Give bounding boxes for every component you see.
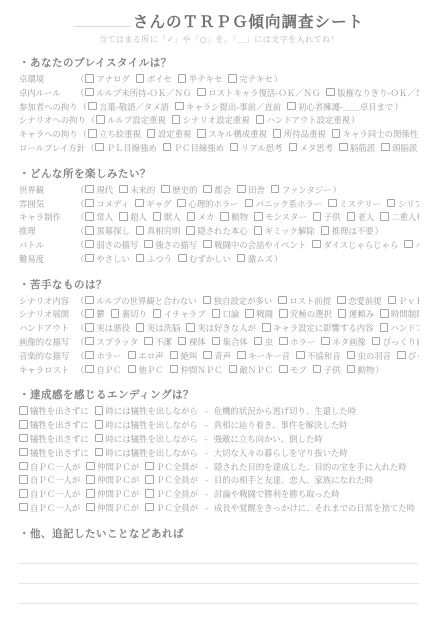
checkbox-option[interactable]: 頭脳派 xyxy=(381,143,417,153)
checkbox-icon xyxy=(85,365,94,374)
option-group: （スプラッタ不潔裸体集合体虫ホラーネタ画像びっくり画像） xyxy=(75,336,419,350)
ending-description: 強敵に立ち向かい、倒した時 xyxy=(214,433,323,447)
checkbox-icon xyxy=(254,226,263,235)
survey-row: 卓環境（アナログボイセ半テキセ完テキセ） xyxy=(19,73,419,87)
checkbox-option[interactable]: 仲間ＰＣが xyxy=(86,489,139,499)
checkbox-option[interactable]: ホラー xyxy=(85,351,121,361)
checkbox-option[interactable]: 設定重視 xyxy=(147,129,192,139)
checkbox-icon xyxy=(197,129,206,138)
checkbox-icon xyxy=(128,365,137,374)
checkbox-icon xyxy=(321,226,330,235)
checkbox-icon xyxy=(404,240,413,249)
option-label: 自ＰＣ一人が xyxy=(30,475,80,485)
option-label: 仲間ＰＣが xyxy=(97,475,139,485)
checkbox-option[interactable]: 時には犠牲を出しながら xyxy=(95,406,198,416)
option-label: 虫の羽音 xyxy=(358,351,392,361)
ending-row: 自ＰＣ一人が仲間ＰＣがＰＣ全員が-成長や覚醒をきっかけに、それまでの日常を捨てた… xyxy=(19,502,419,516)
paren: ） xyxy=(274,74,282,84)
checkbox-option[interactable]: 実は洗脳 xyxy=(136,323,181,333)
checkbox-option[interactable]: 獣人 xyxy=(153,212,181,222)
checkbox-option[interactable]: 子供 xyxy=(313,365,341,375)
option-label: 自ＰＣ一人が xyxy=(30,462,80,472)
survey-row: ハンドアウト（実は悪役実は洗脳実は好きな人がキャラ設定に影響する内容ハンドアウト… xyxy=(19,322,419,336)
checkbox-option[interactable]: 完テキセ xyxy=(228,74,273,84)
checkbox-option[interactable]: 都会 xyxy=(203,185,231,195)
checkbox-option[interactable]: むずかしい xyxy=(178,254,231,264)
checkbox-icon xyxy=(88,102,97,111)
checkbox-option[interactable]: キャラ設定に影響する内容 xyxy=(262,323,374,333)
checkbox-option[interactable]: モブ xyxy=(279,365,307,375)
checkbox-option[interactable]: 独自設定が多い xyxy=(203,296,273,306)
paren: （ xyxy=(86,143,94,153)
option-label: 裏切り xyxy=(122,309,147,319)
checkbox-option[interactable]: 版権なりきり-ＯＫ／ＮＧ xyxy=(326,88,419,98)
checkbox-option[interactable]: 強さの描写 xyxy=(144,240,197,250)
option-label: 時には犠牲を出しながら xyxy=(106,434,198,444)
checkbox-option[interactable]: 鬱 xyxy=(85,309,104,319)
checkbox-option[interactable]: 運頼み xyxy=(338,309,374,319)
survey-row: 画像的な描写（スプラッタ不潔裸体集合体虫ホラーネタ画像びっくり画像） xyxy=(19,336,419,350)
checkbox-option[interactable]: ギミック解除 xyxy=(254,226,315,236)
checkbox-option[interactable]: 未来的 xyxy=(119,185,155,195)
endings-rows: 犠牲を出さずに時には犠牲を出しながら-危機的状況から逃げ切り、生還した時犠牲を出… xyxy=(19,405,419,515)
checkbox-option[interactable]: 時には犠牲を出しながら xyxy=(95,420,198,430)
option-label: 黒幕探し xyxy=(96,226,130,236)
checkbox-option[interactable]: 仲間ＰＣが xyxy=(86,503,139,513)
checkbox-option[interactable]: ＰＣ全員が xyxy=(145,503,198,513)
checkbox-option[interactable]: 究極の選択 xyxy=(279,309,332,319)
checkbox-option[interactable]: ロスト前提 xyxy=(278,296,331,306)
checkbox-icon xyxy=(85,226,94,235)
option-label: 都会 xyxy=(214,185,231,195)
option-label: びっくり効果音 xyxy=(408,351,419,361)
checkbox-option[interactable]: 戦闘中の会話やイベント xyxy=(203,240,306,250)
option-label: やさしい xyxy=(96,254,130,264)
checkbox-option[interactable]: メタ思考 xyxy=(289,143,334,153)
ending-description: 目的の相手と友達、恋人、家族になれた時 xyxy=(214,474,373,488)
checkbox-icon xyxy=(279,309,288,318)
checkbox-option[interactable]: パニック系ホラー xyxy=(245,199,323,209)
checkbox-option[interactable]: ＰＣ全員が xyxy=(145,489,198,499)
checkbox-option[interactable]: ダイスじゃらじゃら xyxy=(312,240,398,250)
checkbox-option[interactable]: 犠牲を出さずに xyxy=(19,420,89,430)
checkbox-option[interactable]: ＰＣ全員が xyxy=(145,475,198,485)
checkbox-icon xyxy=(96,115,105,124)
checkbox-option[interactable]: 仲間ＰＣが xyxy=(86,475,139,485)
checkbox-option[interactable]: 自ＰＣ一人が xyxy=(19,503,80,513)
option-label: 子供 xyxy=(324,365,341,375)
checkbox-option[interactable]: 不協和音 xyxy=(296,351,341,361)
section-enjoyment: ・どんな所を楽しみたい？ 世界観（現代未来的歴史的都会田舎ファンタジー）雰囲気（… xyxy=(19,166,419,267)
checkbox-option[interactable]: 恋愛前提 xyxy=(337,296,382,306)
checkbox-option[interactable]: 戦闘 xyxy=(245,309,273,319)
sheet-instructions: 当てはまる所に「✓」や「○」を。「＿」には文字を入れてね！ xyxy=(19,34,419,45)
checkbox-option[interactable]: キーキー音 xyxy=(237,351,290,361)
paren: （ xyxy=(87,115,95,125)
checkbox-icon xyxy=(19,448,28,457)
option-label: 究極の選択 xyxy=(290,309,332,319)
checkbox-icon xyxy=(19,434,28,443)
checkbox-icon xyxy=(254,212,263,221)
checkbox-option[interactable]: エロ声 xyxy=(128,351,164,361)
option-label: ルルブ未所持-ＯＫ／ＮＧ xyxy=(96,88,191,98)
checkbox-option[interactable]: 犠牲を出さずに xyxy=(19,406,89,416)
checkbox-option[interactable]: びっくり効果音 xyxy=(397,351,419,361)
option-label: 実は悪役 xyxy=(96,323,130,333)
checkbox-icon xyxy=(313,212,322,221)
survey-row: シナリオへの拘り（ルルブ設定重視シナリオ設定重視ハンドアウト設定重視） xyxy=(19,114,419,128)
separator-dash: - xyxy=(205,474,208,488)
checkbox-icon xyxy=(197,88,206,97)
checkbox-option[interactable]: ネタ画像 xyxy=(321,337,366,347)
checkbox-option[interactable]: 仲間ＰＣが xyxy=(86,462,139,472)
checkbox-option[interactable]: 自ＰＣ一人が xyxy=(19,462,80,472)
paren: （ xyxy=(76,88,84,98)
checkbox-option[interactable]: 自ＰＣ xyxy=(85,365,121,375)
checkbox-option[interactable]: 初心者擁護-＿＿卓目まで xyxy=(287,102,393,112)
checkbox-icon xyxy=(279,365,288,374)
checkbox-option[interactable]: 歴史的 xyxy=(161,185,197,195)
option-label: ロスト前提 xyxy=(289,296,331,306)
option-group: （弱さの描写強さの描写戦闘中の会話やイベントダイスじゃらじゃらバトルは不要） xyxy=(75,239,419,253)
checkbox-option[interactable]: 動物 xyxy=(347,365,375,375)
option-label: 鬱 xyxy=(96,309,104,319)
checkbox-option[interactable]: ミステリー xyxy=(328,199,381,209)
checkbox-icon xyxy=(19,406,28,415)
option-group: （言葉-敬語／タメ語キャラシ提出-事前／直前初心者擁護-＿＿卓目まで） xyxy=(78,101,404,115)
survey-row: シナリオ展開（鬱裏切りイチャラブ口論戦闘究極の選択運頼み時間制限） xyxy=(19,308,419,322)
option-label: ダイスじゃらじゃら xyxy=(323,240,398,250)
option-label: 自ＰＣ一人が xyxy=(30,489,80,499)
checkbox-option[interactable]: 半テキセ xyxy=(178,74,223,84)
option-label: 時には犠牲を出しながら xyxy=(106,420,198,430)
paren: （ xyxy=(76,323,84,333)
option-group: 犠牲を出さずに時には犠牲を出しながら xyxy=(19,433,198,447)
option-label: 実は好きな人が xyxy=(197,323,256,333)
checkbox-option[interactable]: びっくり画像 xyxy=(372,337,419,347)
checkbox-option[interactable]: スキル構成重視 xyxy=(197,129,267,139)
checkbox-option[interactable]: 時には犠牲を出しながら xyxy=(95,448,198,458)
option-group: （鬱裏切りイチャラブ口論戦闘究極の選択運頼み時間制限） xyxy=(75,308,419,322)
checkbox-option[interactable]: 他ＰＣ xyxy=(128,365,164,375)
checkbox-option[interactable]: イチャラブ xyxy=(153,309,206,319)
paren: （ xyxy=(76,296,84,306)
option-label: 裸体 xyxy=(189,337,206,347)
option-label: ルルブの世界観と合わない xyxy=(96,296,196,306)
checkbox-option[interactable]: 自ＰＣ一人が xyxy=(19,489,80,499)
checkbox-option[interactable]: 不潔 xyxy=(144,337,172,347)
option-label: 超人 xyxy=(130,212,147,222)
checkbox-option[interactable]: コメディ xyxy=(85,199,129,209)
checkbox-option[interactable]: 激ムズ xyxy=(237,254,273,264)
checkbox-icon xyxy=(229,365,238,374)
option-label: 未来的 xyxy=(130,185,155,195)
trpg-survey-sheet: さんのＴＲＰＧ傾向調査シート 当てはまる所に「✓」や「○」を。「＿」には文字を入… xyxy=(0,0,438,604)
checkbox-option[interactable]: 動物 xyxy=(220,212,248,222)
checkbox-icon xyxy=(380,323,389,332)
checkbox-icon xyxy=(347,351,356,360)
section-heading-endings: ・達成感を感じるエンディングは？ xyxy=(19,387,419,402)
checkbox-icon xyxy=(85,309,94,318)
write-in-line[interactable] xyxy=(19,544,419,564)
row-label: 音楽的な描写 xyxy=(19,350,75,364)
checkbox-option[interactable]: やさしい xyxy=(85,254,130,264)
checkbox-option[interactable]: 敵ＮＰＣ xyxy=(229,365,274,375)
checkbox-option[interactable]: ホラー xyxy=(279,337,315,347)
option-label: 仲間ＰＣが xyxy=(97,503,139,513)
checkbox-option[interactable]: 時には犠牲を出しながら xyxy=(95,434,198,444)
ending-row: 自ＰＣ一人が仲間ＰＣがＰＣ全員が-隠された目的を達成した、目的の宝を手に入れた時 xyxy=(19,461,419,475)
option-label: 時には犠牲を出しながら xyxy=(106,406,198,416)
checkbox-option[interactable]: ＰＣ目線強め xyxy=(163,143,224,153)
checkbox-option[interactable]: 現代 xyxy=(85,185,113,195)
checkbox-icon xyxy=(161,185,170,194)
checkbox-option[interactable]: ルルブ設定重視 xyxy=(96,115,165,125)
checkbox-icon xyxy=(271,185,280,194)
option-group: （実は悪役実は洗脳実は好きな人がキャラ設定に影響する内容ハンドアウト自体が） xyxy=(75,322,419,336)
section-dislikes: ・苦手なものは？ シナリオ内容（ルルブの世界観と合わない独自設定が多いロスト前提… xyxy=(19,277,419,378)
paren: （ xyxy=(79,102,87,112)
paren: （ xyxy=(76,337,84,347)
checkbox-icon xyxy=(85,199,94,208)
checkbox-option[interactable]: 弱さの描写 xyxy=(85,240,138,250)
checkbox-option[interactable]: 犠牲を出さずに xyxy=(19,448,89,458)
checkbox-option[interactable]: ロストキャラ復活-ＯＫ／ＮＧ xyxy=(197,88,320,98)
option-group: 自ＰＣ一人が仲間ＰＣがＰＣ全員が xyxy=(19,474,198,488)
checkbox-option[interactable]: 老人 xyxy=(347,212,375,222)
checkbox-option[interactable]: 超人 xyxy=(119,212,147,222)
option-group: 自ＰＣ一人が仲間ＰＣがＰＣ全員が xyxy=(19,488,198,502)
checkbox-icon xyxy=(145,489,154,498)
checkbox-option[interactable]: 実は好きな人が xyxy=(186,323,256,333)
enjoyment-rows: 世界観（現代未来的歴史的都会田舎ファンタジー）雰囲気（コメディギャグ心理的ホラー… xyxy=(19,184,419,267)
option-label: ＰＬ目線強め xyxy=(106,143,156,153)
option-group: （やさしいふつうむずかしい激ムズ） xyxy=(75,253,283,267)
checkbox-icon xyxy=(380,212,389,221)
option-label: 時には犠牲を出しながら xyxy=(106,448,198,458)
option-label: 心理的ホラー xyxy=(188,199,238,209)
survey-row: 参加者への拘り（言葉-敬語／タメ語キャラシ提出-事前／直前初心者擁護-＿＿卓目ま… xyxy=(19,101,419,115)
paren: （ xyxy=(76,74,84,84)
option-label: 歴史的 xyxy=(172,185,197,195)
separator-dash: - xyxy=(205,447,208,461)
checkbox-option[interactable]: ギャグ xyxy=(135,199,171,209)
checkbox-option[interactable]: ＰＣ全員が xyxy=(145,462,198,472)
ending-row: 犠牲を出さずに時には犠牲を出しながら-強敵に立ち向かい、倒した時 xyxy=(19,433,419,447)
row-label: シナリオ内容 xyxy=(19,295,75,309)
checkbox-icon xyxy=(85,323,94,332)
row-label: 雰囲気 xyxy=(19,198,75,212)
checkbox-icon xyxy=(175,102,184,111)
checkbox-option[interactable]: 裏切り xyxy=(111,309,147,319)
option-group: （自ＰＣ他ＰＣ仲間ＮＰＣ敵ＮＰＣモブ子供動物） xyxy=(75,364,385,378)
checkbox-option[interactable]: 裸体 xyxy=(178,337,206,347)
ending-description: 隠された目的を達成した、目的の宝を手に入れた時 xyxy=(214,461,407,475)
checkbox-option[interactable]: 口論 xyxy=(212,309,240,319)
write-in-line[interactable] xyxy=(19,584,419,604)
row-label: 推理 xyxy=(19,225,75,239)
checkbox-option[interactable]: 脳筋派 xyxy=(339,143,375,153)
ending-row: 自ＰＣ一人が仲間ＰＣがＰＣ全員が-討論や戦闘で勝利を勝ち取った時 xyxy=(19,488,419,502)
row-label: 世界観 xyxy=(19,184,75,198)
option-label: バトルは不要 xyxy=(415,240,419,250)
option-label: 戦闘中の会話やイベント xyxy=(214,240,306,250)
paren: ） xyxy=(375,365,383,375)
ending-description: 真相に辿り着き、事件を解決した時 xyxy=(214,419,348,433)
checkbox-icon xyxy=(279,337,288,346)
checkbox-option[interactable]: ＰＬ目線強め xyxy=(95,143,156,153)
checkbox-icon xyxy=(163,143,172,152)
checkbox-option[interactable]: シリアス xyxy=(387,199,419,209)
separator-dash: - xyxy=(205,419,208,433)
checkbox-option[interactable]: ＰｖＰ前提 xyxy=(388,296,419,306)
checkbox-icon xyxy=(254,337,263,346)
checkbox-icon xyxy=(237,185,246,194)
paren: ） xyxy=(333,185,341,195)
option-group: （現代未来的歴史的都会田舎ファンタジー） xyxy=(75,184,342,198)
option-group: （ホラーエロ声絶叫奇声キーキー音不協和音虫の羽音びっくり効果音） xyxy=(75,350,419,364)
option-group: （ルルブ未所持-ＯＫ／ＮＧロストキャラ復活-ＯＫ／ＮＧ版権なりきり-ＯＫ／ＮＧ） xyxy=(75,87,419,101)
checkbox-icon xyxy=(85,212,94,221)
checkbox-option[interactable]: ファンタジー xyxy=(271,185,332,195)
checkbox-icon xyxy=(86,503,95,512)
checkbox-icon xyxy=(186,226,195,235)
checkbox-option[interactable]: ルルブ未所持-ＯＫ／ＮＧ xyxy=(85,88,191,98)
checkbox-icon xyxy=(135,199,144,208)
option-label: 犠牲を出さずに xyxy=(30,448,89,458)
option-label: 初心者擁護-＿＿卓目まで xyxy=(298,102,393,112)
option-label: 動物 xyxy=(231,212,248,222)
option-label: 強さの描写 xyxy=(155,240,197,250)
checkbox-option[interactable]: 自ＰＣ一人が xyxy=(19,475,80,485)
checkbox-option[interactable]: シナリオ設定重視 xyxy=(172,115,250,125)
option-label: 弱さの描写 xyxy=(96,240,138,250)
checkbox-option[interactable]: アナログ xyxy=(85,74,130,84)
option-label: 立ち絵重視 xyxy=(99,129,141,139)
option-group: （ルルブ設定重視シナリオ設定重視ハンドアウト設定重視） xyxy=(86,114,361,128)
checkbox-option[interactable]: リアル思考 xyxy=(230,143,283,153)
write-in-line[interactable] xyxy=(19,564,419,584)
option-label: 獣人 xyxy=(164,212,181,222)
checkbox-icon xyxy=(186,323,195,332)
checkbox-icon xyxy=(230,143,239,152)
ending-description: 危機的状況から逃げ切り、生還した時 xyxy=(214,405,356,419)
checkbox-option[interactable]: 子供 xyxy=(313,212,341,222)
checkbox-option[interactable]: 仲間ＮＰＣ xyxy=(170,365,223,375)
paren: （ xyxy=(79,129,87,139)
dislikes-rows: シナリオ内容（ルルブの世界観と合わない独自設定が多いロスト前提恋愛前提ＰｖＰ前提… xyxy=(19,295,419,378)
checkbox-option[interactable]: メカ xyxy=(187,212,215,222)
option-group: 犠牲を出さずに時には犠牲を出しながら xyxy=(19,447,198,461)
option-label: 恋愛前提 xyxy=(348,296,382,306)
option-label: ネタ画像 xyxy=(332,337,366,347)
option-label: 口論 xyxy=(223,309,240,319)
name-field[interactable] xyxy=(74,13,130,27)
checkbox-option[interactable]: スプラッタ xyxy=(85,337,138,347)
checkbox-icon xyxy=(178,337,187,346)
option-group: （立ち絵重視設定重視スキル構成重視所持品重視キャラ同士の関係性重視） xyxy=(78,128,419,142)
option-label: 所持品重視 xyxy=(284,129,326,139)
checkbox-icon xyxy=(95,448,104,457)
checkbox-option[interactable]: ふつう xyxy=(136,254,172,264)
option-label: 老人 xyxy=(358,212,375,222)
option-label: ハンドアウト自体が xyxy=(391,323,420,333)
option-label: 仲間ＰＣが xyxy=(97,489,139,499)
option-label: ＰＣ全員が xyxy=(156,462,198,472)
checkbox-option[interactable]: 言葉-敬語／タメ語 xyxy=(88,102,169,112)
checkbox-icon xyxy=(19,420,28,429)
checkbox-icon xyxy=(85,337,94,346)
checkbox-option[interactable]: 犠牲を出さずに xyxy=(19,434,89,444)
option-label: 犠牲を出さずに xyxy=(30,434,89,444)
checkbox-icon xyxy=(397,351,406,360)
checkbox-option[interactable]: 立ち絵重視 xyxy=(88,129,141,139)
checkbox-option[interactable]: 推理は不要 xyxy=(321,226,374,236)
checkbox-option[interactable]: 絶叫 xyxy=(170,351,198,361)
checkbox-option[interactable]: 集合体 xyxy=(212,337,248,347)
checkbox-icon xyxy=(153,309,162,318)
checkbox-option[interactable]: 常人 xyxy=(85,212,113,222)
checkbox-option[interactable]: 田舎 xyxy=(237,185,265,195)
checkbox-option[interactable]: 時間制限 xyxy=(380,309,419,319)
checkbox-option[interactable]: 虫の羽音 xyxy=(347,351,392,361)
option-label: モンスター xyxy=(265,212,307,222)
option-label: コメディ xyxy=(96,199,129,209)
option-label: ミステリー xyxy=(339,199,381,209)
checkbox-option[interactable]: 所持品重視 xyxy=(273,129,326,139)
row-label: キャラ制作 xyxy=(19,211,75,225)
checkbox-option[interactable]: 真相究明 xyxy=(136,226,181,236)
checkbox-icon xyxy=(136,254,145,263)
checkbox-option[interactable]: 虫 xyxy=(254,337,273,347)
checkbox-icon xyxy=(85,185,94,194)
option-label: キャラ設定に影響する内容 xyxy=(273,323,374,333)
checkbox-option[interactable]: ハンドアウト設定重視 xyxy=(256,115,351,125)
checkbox-option[interactable]: 黒幕探し xyxy=(85,226,130,236)
checkbox-option[interactable]: キャラシ提出-事前／直前 xyxy=(175,102,281,112)
option-label: 自ＰＣ一人が xyxy=(30,503,80,513)
option-label: ファンタジー xyxy=(282,185,332,195)
title-line: さんのＴＲＰＧ傾向調査シート xyxy=(19,13,419,32)
checkbox-option[interactable]: ハンドアウト自体が xyxy=(380,323,420,333)
checkbox-icon xyxy=(203,185,212,194)
row-label: 難易度 xyxy=(19,253,75,267)
checkbox-option[interactable]: ルルブの世界観と合わない xyxy=(85,296,196,306)
playstyle-rows: 卓環境（アナログボイセ半テキセ完テキセ）卓内ルール（ルルブ未所持-ＯＫ／ＮＧロス… xyxy=(19,73,419,156)
option-group: （黒幕探し真相究明隠された本心ギミック解除推理は不要） xyxy=(75,225,384,239)
checkbox-option[interactable]: 二重人格 xyxy=(380,212,419,222)
checkbox-icon xyxy=(313,365,322,374)
checkbox-option[interactable]: 奇声 xyxy=(203,351,231,361)
checkbox-option[interactable]: バトルは不要 xyxy=(404,240,419,250)
option-label: 敵ＮＰＣ xyxy=(240,365,274,375)
checkbox-icon xyxy=(337,296,346,305)
option-label: ホラー xyxy=(290,337,315,347)
paren: （ xyxy=(76,185,84,195)
checkbox-option[interactable]: 隠された本心 xyxy=(186,226,247,236)
paren: （ xyxy=(76,240,84,250)
separator-dash: - xyxy=(205,461,208,475)
checkbox-option[interactable]: モンスター xyxy=(254,212,307,222)
checkbox-option[interactable]: ボイセ xyxy=(136,74,172,84)
sheet-header: さんのＴＲＰＧ傾向調査シート 当てはまる所に「✓」や「○」を。「＿」には文字を入… xyxy=(19,13,419,45)
option-label: 不協和音 xyxy=(307,351,341,361)
checkbox-option[interactable]: キャラ同士の関係性重視 xyxy=(332,129,419,139)
checkbox-option[interactable]: 心理的ホラー xyxy=(177,199,238,209)
paren: （ xyxy=(76,365,84,375)
checkbox-option[interactable]: 実は悪役 xyxy=(85,323,130,333)
checkbox-icon xyxy=(86,462,95,471)
